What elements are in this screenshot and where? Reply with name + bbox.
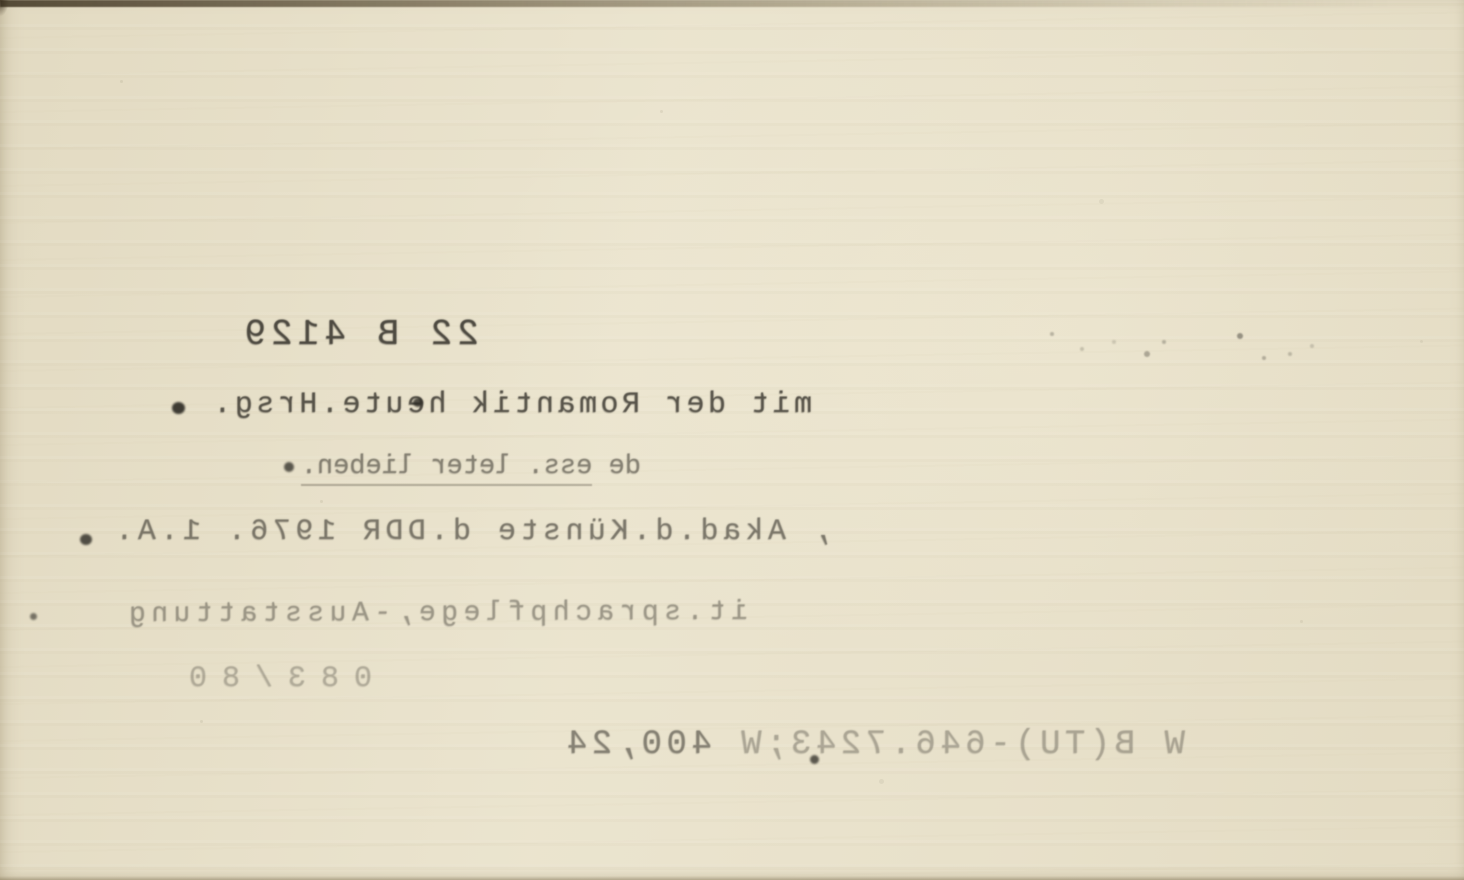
- worn-bottom-edge: [0, 876, 1464, 880]
- ink-blot: [80, 534, 92, 545]
- imprint-text: , Akad.d.Künste d.DDR 1976. 1.A.: [111, 515, 831, 549]
- ink-blot: [284, 462, 294, 472]
- catalog-card-scan: 22 B 4129 mit der Romantik heute.Hrsg. d…: [0, 0, 1464, 880]
- ink-blot: [810, 755, 819, 764]
- underlined-title-line: de ess. leter lieben.: [299, 452, 641, 482]
- ink-blot: [30, 613, 37, 620]
- worn-top-edge: [0, 0, 1464, 7]
- faint-ink-smudge: [1050, 332, 1054, 336]
- title2-lead-text: de: [592, 452, 641, 482]
- paper-speckles: [120, 80, 123, 83]
- accession-text: 083/80: [174, 662, 372, 696]
- title-text: mit der Romantik heute.Hrsg.: [210, 388, 812, 422]
- call-number-line: W B(TU)-646.7243;W 400,24: [557, 726, 1185, 764]
- ink-blot: [172, 402, 185, 414]
- ink-blot: [413, 398, 423, 407]
- shelfmark-text: 22 B 4129: [240, 314, 479, 355]
- title-line: mit der Romantik heute.Hrsg.: [200, 388, 812, 422]
- title2-underlined-text: ess. leter lieben.: [301, 452, 593, 486]
- call-number-right-text: 400,24: [562, 726, 711, 764]
- worn-top-left-corner: [0, 0, 14, 26]
- subject-line: it.sprachpflege,-Ausstattung: [115, 597, 748, 630]
- call-number-left-text: W B(TU)-646.7243;W: [712, 726, 1185, 764]
- subject-text: it.sprachpflege,-Ausstattung: [123, 597, 748, 630]
- shelfmark-line: 22 B 4129: [233, 314, 479, 355]
- imprint-line: , Akad.d.Künste d.DDR 1976. 1.A.: [105, 515, 831, 549]
- accession-line: 083/80: [172, 662, 372, 696]
